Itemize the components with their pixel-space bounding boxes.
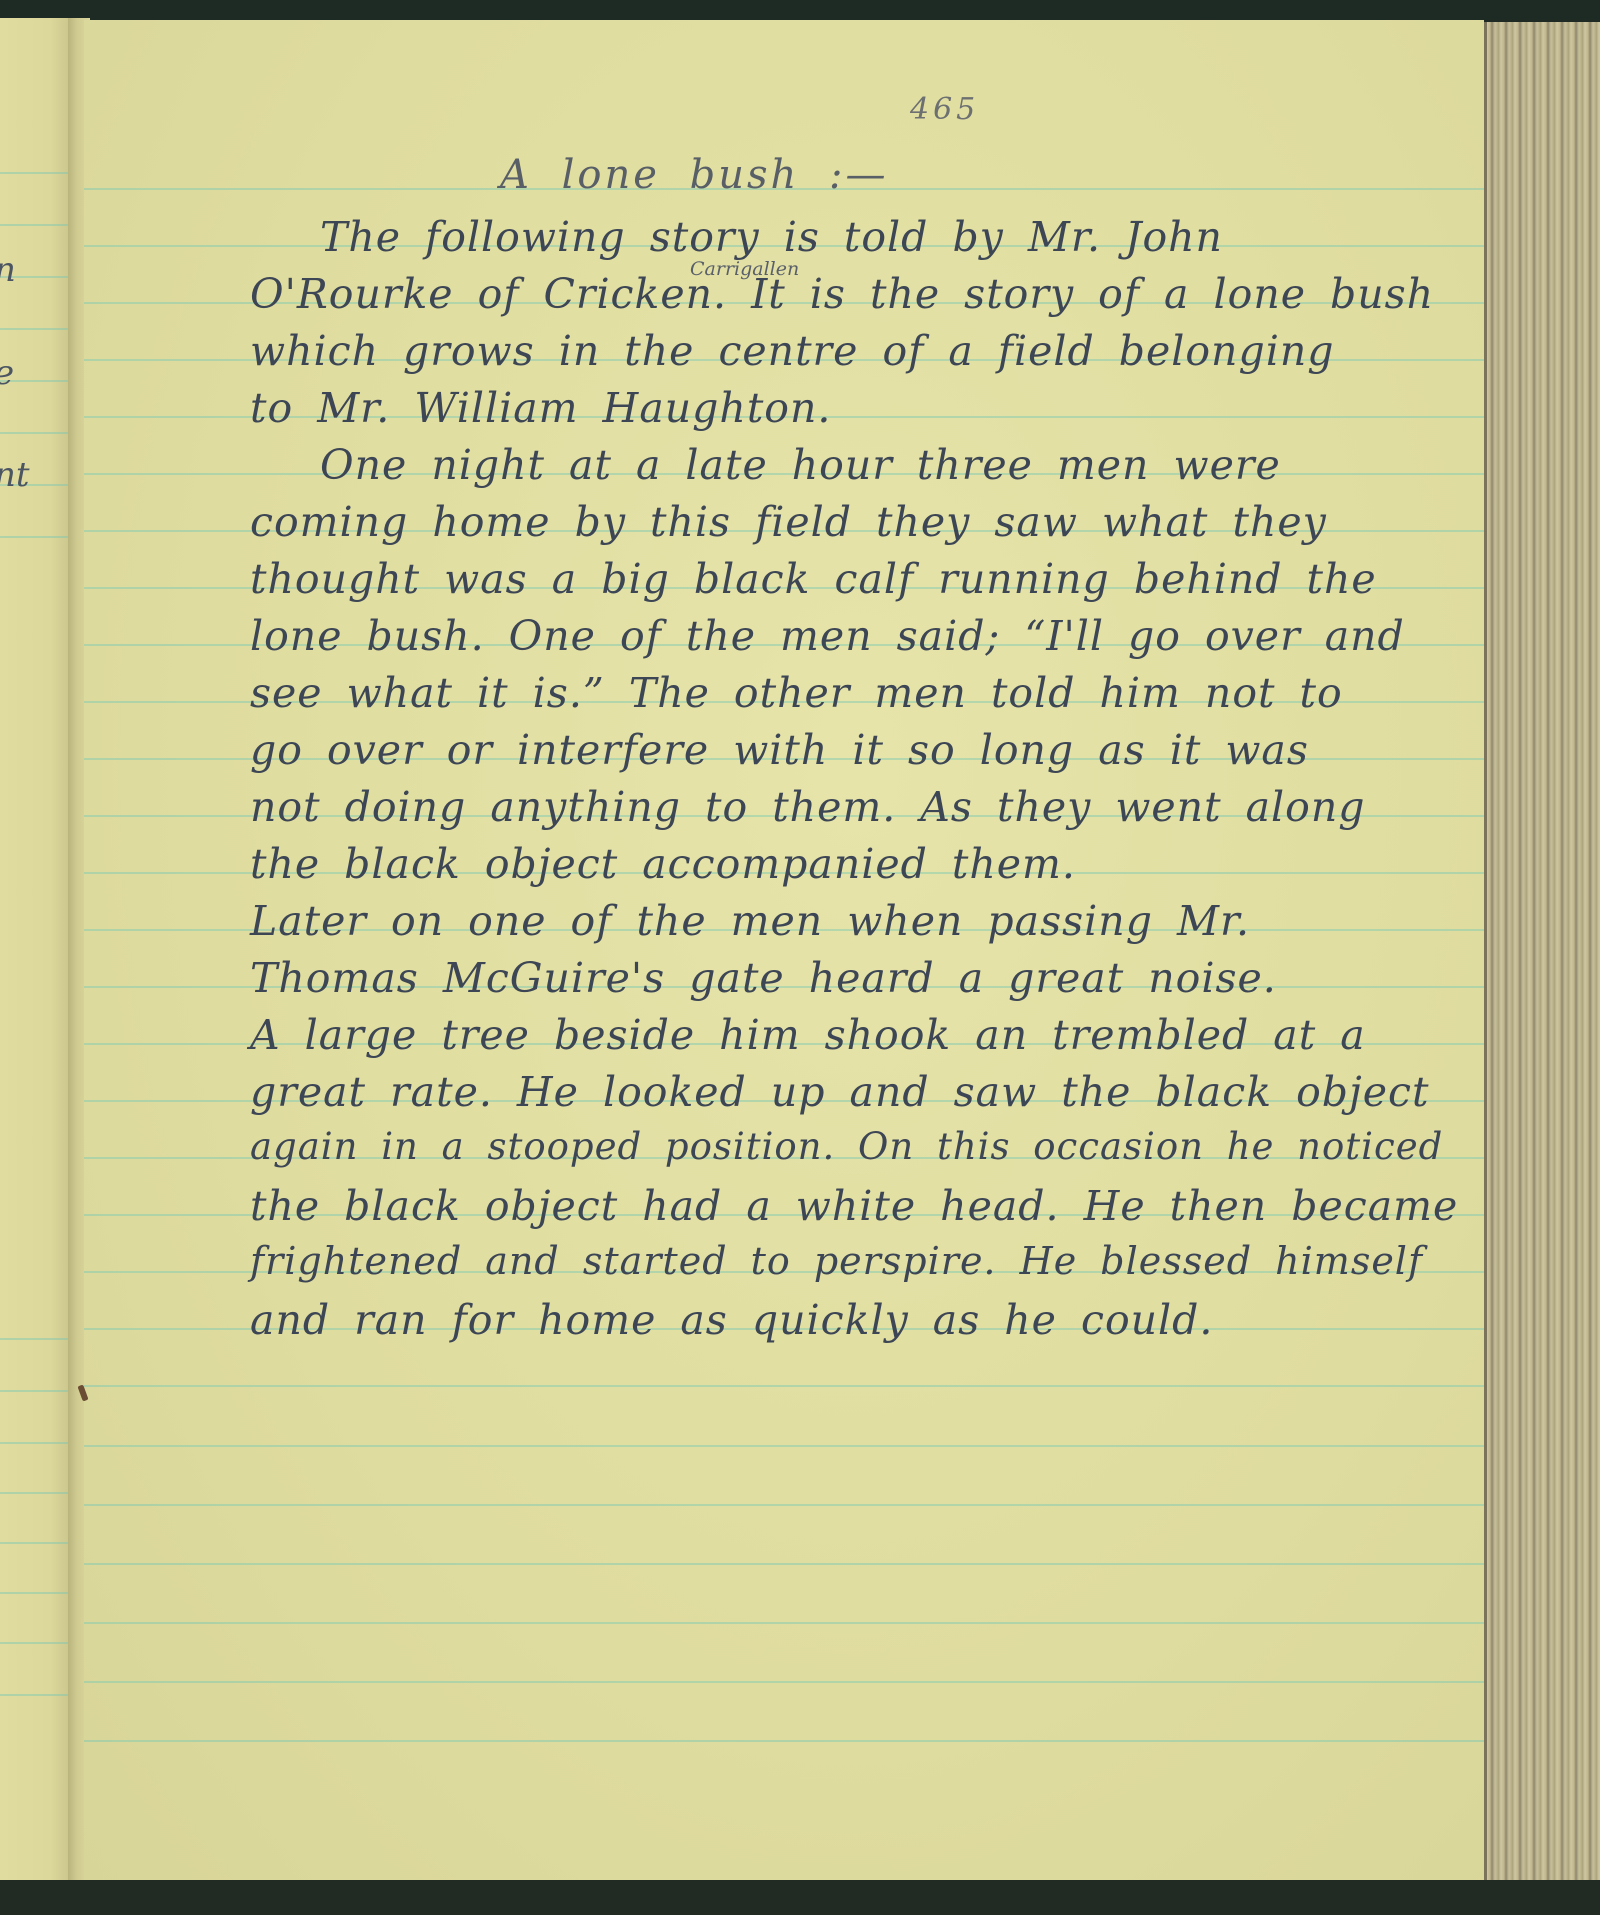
book-page-edges	[1484, 22, 1600, 1892]
text-line: which grows in the centre of a field bel…	[250, 327, 1490, 375]
left-page-text-fragment: nt	[0, 455, 30, 495]
ruled-line	[0, 432, 72, 434]
scanned-notebook-spread: n e nt 465 A lone bush :—	[0, 0, 1600, 1915]
text-line: the black object had a white head. He th…	[250, 1182, 1490, 1230]
text-line: again in a stooped position. On this occ…	[250, 1125, 1490, 1168]
ruled-line	[84, 1385, 1484, 1387]
text-line: coming home by this field they saw what …	[250, 498, 1490, 546]
text-line: and ran for home as quickly as he could.	[250, 1296, 1490, 1344]
ruled-line	[0, 1390, 72, 1392]
text-line: the black object accompanied them.	[250, 840, 1490, 888]
ruled-line	[0, 1542, 72, 1544]
ruled-line	[84, 1740, 1484, 1742]
ruled-line	[0, 1592, 72, 1594]
ruled-line	[0, 328, 72, 330]
text-line: not doing anything to them. As they went…	[250, 783, 1490, 831]
scanner-background-bottom	[0, 1880, 1600, 1915]
ruled-line	[0, 1642, 72, 1644]
ruled-line	[84, 1622, 1484, 1624]
text-line: Thomas McGuire's gate heard a great nois…	[250, 954, 1490, 1002]
story-title: A lone bush :—	[500, 152, 888, 198]
ruled-line	[84, 1563, 1484, 1565]
text-line: One night at a late hour three men were	[320, 441, 1560, 489]
left-page: n e nt	[0, 18, 72, 1884]
ruled-line	[84, 1445, 1484, 1447]
ruled-line	[0, 224, 72, 226]
page-number: 465	[910, 92, 979, 127]
ruled-line	[0, 1492, 72, 1494]
ruled-line	[0, 1694, 72, 1696]
text-line: thought was a big black calf running beh…	[250, 555, 1490, 603]
text-line: to Mr. William Haughton.	[250, 384, 1490, 432]
text-line: lone bush. One of the men said; “I'll go…	[250, 612, 1490, 660]
left-page-text-fragment: n	[0, 250, 16, 290]
text-line: O'Rourke of Cricken. It is the story of …	[250, 270, 1490, 318]
text-line: great rate. He looked up and saw the bla…	[250, 1068, 1490, 1116]
text-line: frightened and started to perspire. He b…	[250, 1239, 1490, 1283]
ruled-line	[0, 536, 72, 538]
ruled-line	[0, 172, 72, 174]
text-line: The following story is told by Mr. John	[320, 213, 1560, 261]
ruled-line	[84, 1681, 1484, 1683]
ruled-line	[0, 1338, 72, 1340]
ruled-line	[0, 1442, 72, 1444]
ruled-line	[84, 1504, 1484, 1506]
left-page-text-fragment: e	[0, 353, 14, 393]
text-line: Later on one of the men when passing Mr.	[250, 897, 1490, 945]
text-line: A large tree beside him shook an tremble…	[250, 1011, 1490, 1059]
scanner-background-top	[0, 0, 1600, 20]
text-line: go over or interfere with it so long as …	[250, 726, 1490, 774]
text-line: see what it is.” The other men told him …	[250, 669, 1490, 717]
